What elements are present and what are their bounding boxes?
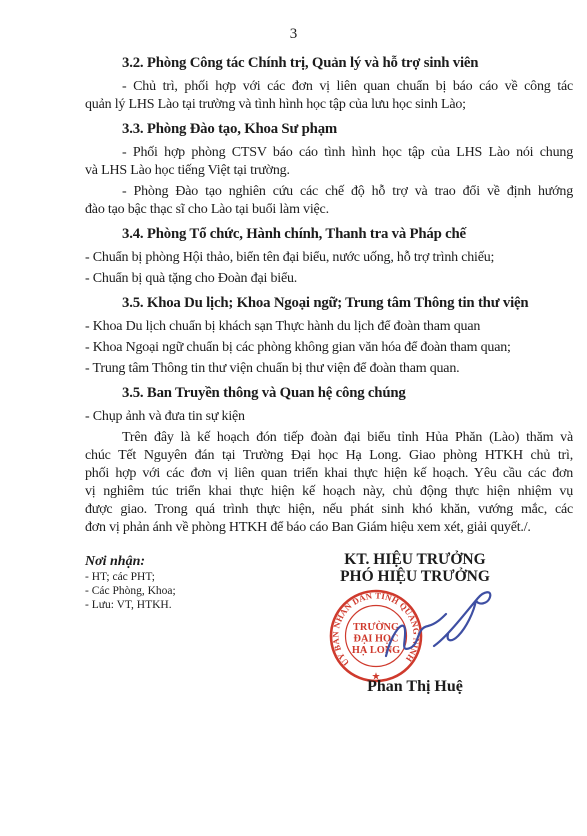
paragraph-line: chúc Tết Nguyên đán tại Trường Đại học H…: [85, 447, 573, 465]
paragraph-line: đào tạo bậc thạc sĩ cho Lào tại buổi làm…: [85, 201, 573, 219]
section-heading: 3.3. Phòng Đào tạo, Khoa Sư phạm: [85, 120, 573, 138]
stamp-center-line-1: TRƯỜNG: [353, 621, 399, 633]
document-body: 3.2. Phòng Công tác Chính trị, Quản lý v…: [85, 54, 573, 537]
paragraph: Trên đây là kế hoạch đón tiếp đoàn đại b…: [85, 429, 573, 537]
signer-title-kt: KT. HIỆU TRƯỞNG: [295, 551, 535, 568]
section-heading: 3.5. Ban Truyền thông và Quan hệ công ch…: [85, 384, 573, 402]
paragraph-line: quản lý LHS Lào tại trường và tình hình …: [85, 96, 573, 114]
paragraph: - Khoa Ngoại ngữ chuẩn bị các phòng khôn…: [85, 339, 573, 357]
paragraph: - Chủ trì, phối hợp với các đơn vị liên …: [85, 78, 573, 114]
stamp-center-line-3: HẠ LONG: [352, 645, 400, 656]
signature-titles: KT. HIỆU TRƯỞNG PHÓ HIỆU TRƯỞNG: [295, 551, 535, 585]
section-heading: 3.4. Phòng Tổ chức, Hành chính, Thanh tr…: [85, 225, 573, 243]
paragraph-line: được giao. Trong quá trình thực hiện, nế…: [85, 501, 573, 519]
paragraph-line: - Chủ trì, phối hợp với các đơn vị liên …: [85, 78, 573, 96]
paragraph: - Chụp ảnh và đưa tin sự kiện: [85, 408, 573, 426]
page-number: 3: [0, 0, 587, 43]
paragraph-line: - Phòng Đào tạo nghiên cứu các chế độ hỗ…: [85, 183, 573, 201]
recipients-block: Nơi nhận: - HT; các PHT;- Các Phòng, Kho…: [85, 554, 176, 612]
section-heading: 3.5. Khoa Du lịch; Khoa Ngoại ngữ; Trung…: [85, 294, 573, 312]
paragraph-line: - Chuẩn bị quà tặng cho Đoàn đại biểu.: [85, 270, 573, 288]
paragraph: - Phối hợp phòng CTSV báo cáo tình hình …: [85, 144, 573, 180]
paragraph-line: Trên đây là kế hoạch đón tiếp đoàn đại b…: [85, 429, 573, 447]
recipients-label: Nơi nhận:: [85, 554, 176, 570]
signer-name: Phan Thị Huệ: [295, 678, 535, 696]
paragraph: - Phòng Đào tạo nghiên cứu các chế độ hỗ…: [85, 183, 573, 219]
recipients-list: - HT; các PHT;- Các Phòng, Khoa;- Lưu: V…: [85, 570, 176, 612]
section-heading: 3.2. Phòng Công tác Chính trị, Quản lý v…: [85, 54, 573, 72]
paragraph: - Chuẩn bị quà tặng cho Đoàn đại biểu.: [85, 270, 573, 288]
paragraph-line: - Khoa Ngoại ngữ chuẩn bị các phòng khôn…: [85, 339, 573, 357]
university-stamp: ỦY BAN NHÂN DÂN TỈNH QUẢNG NINH ★ TRƯỜNG…: [330, 590, 421, 682]
paragraph: - Khoa Du lịch chuẩn bị khách sạn Thực h…: [85, 318, 573, 336]
paragraph-line: - Phối hợp phòng CTSV báo cáo tình hình …: [85, 144, 573, 162]
recipient-item: - HT; các PHT;: [85, 570, 176, 584]
document-page: 3 3.2. Phòng Công tác Chính trị, Quản lý…: [0, 0, 587, 836]
paragraph-line: đơn vị phản ánh về phòng HTKH để báo cáo…: [85, 519, 573, 537]
paragraph: - Trung tâm Thông tin thư viện chuẩn bị …: [85, 360, 573, 378]
recipient-item: - Các Phòng, Khoa;: [85, 584, 176, 598]
paragraph-line: vị nghiêm túc triển khai thực hiện kế ho…: [85, 483, 573, 501]
paragraph-line: phối hợp với các đơn vị liên quan triển …: [85, 465, 573, 483]
signer-title-pho: PHÓ HIỆU TRƯỞNG: [295, 568, 535, 585]
paragraph-line: - Chụp ảnh và đưa tin sự kiện: [85, 408, 573, 426]
paragraph-line: - Chuẩn bị phòng Hội thảo, biển tên đại …: [85, 249, 573, 267]
recipient-item: - Lưu: VT, HTKH.: [85, 598, 176, 612]
paragraph: - Chuẩn bị phòng Hội thảo, biển tên đại …: [85, 249, 573, 267]
stamp-and-signature: ỦY BAN NHÂN DÂN TỈNH QUẢNG NINH ★ TRƯỜNG…: [316, 584, 508, 692]
paragraph-line: - Trung tâm Thông tin thư viện chuẩn bị …: [85, 360, 573, 378]
paragraph-line: - Khoa Du lịch chuẩn bị khách sạn Thực h…: [85, 318, 573, 336]
paragraph-line: và LHS Lào học tiếng Việt tại trường.: [85, 162, 573, 180]
